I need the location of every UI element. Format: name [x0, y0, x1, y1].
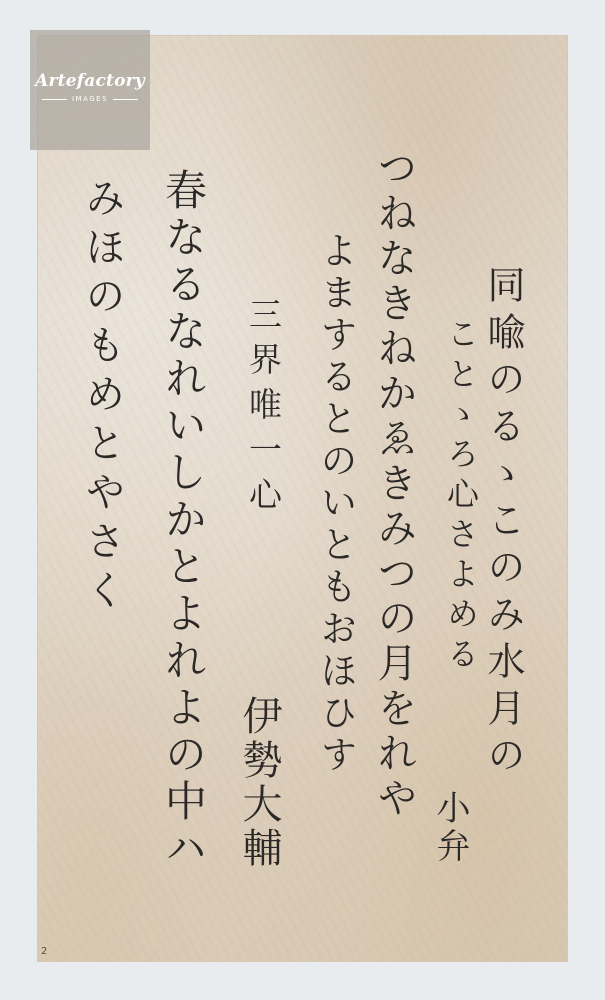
watermark-logo: Artefactory IMAGES [30, 30, 150, 150]
calligraphy-column-5: よまするとのいともおほひす [317, 231, 354, 777]
author-name-koben: 小弁 [433, 790, 467, 866]
page-mark: 2 [41, 946, 47, 957]
poem-topic-title: 三界唯一心 [247, 297, 280, 522]
divider-line [113, 99, 138, 100]
calligraphy-column-8: 春なるなれいしかとよれよの中ハ [162, 168, 204, 873]
watermark-subtitle-row: IMAGES [42, 95, 138, 103]
author-name-ise-no-taifu: 伊勢大輔 [239, 695, 279, 871]
calligraphy-column-1: 同喩のるゝこのみ水月の [484, 265, 522, 782]
divider-line [42, 99, 67, 100]
calligraphy-column-2: ことゝろ心さよめる [445, 317, 477, 677]
manuscript-paper: 同喩のるゝこのみ水月の ことゝろ心さよめる 小弁 つねなきねかゑきみつの月をれや… [37, 35, 568, 962]
calligraphy-column-9: みほのもめとやさく [82, 177, 122, 618]
watermark-subtitle: IMAGES [72, 95, 108, 103]
watermark-brand: Artefactory [35, 71, 145, 91]
calligraphy-column-4: つねなきねかゑきみつの月をれや [374, 147, 414, 822]
